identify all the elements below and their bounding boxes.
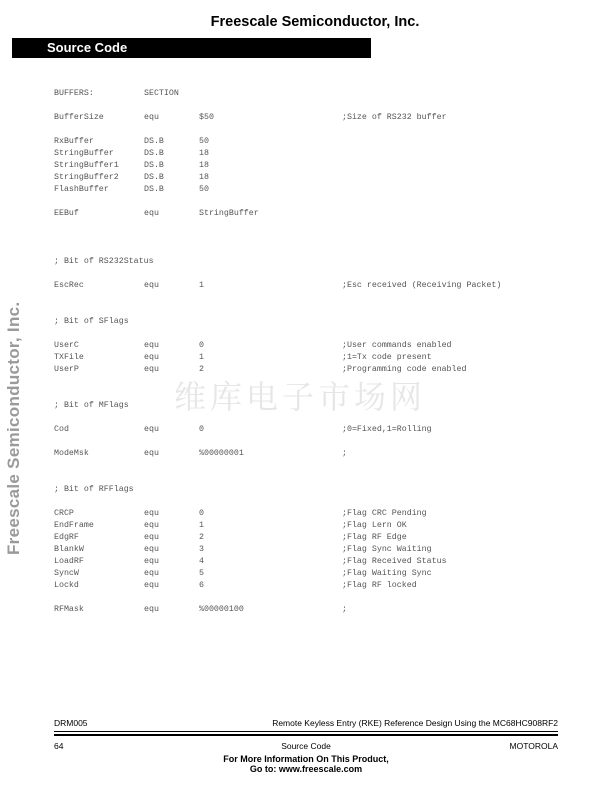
code-token: ; Bit of SFlags	[54, 316, 129, 328]
code-comment: ;0=Fixed,1=Rolling	[342, 424, 432, 436]
code-token: EEBuf	[54, 208, 79, 220]
code-token: ModeMsk	[54, 448, 89, 460]
code-token: EndFrame	[54, 520, 94, 532]
code-token: 0	[199, 424, 204, 436]
company-header: Freescale Semiconductor, Inc.	[0, 14, 612, 30]
code-token: 0	[199, 340, 204, 352]
code-token: equ	[144, 520, 159, 532]
code-token: 50	[199, 184, 209, 196]
code-token: equ	[144, 508, 159, 520]
footer-section: Source Code	[54, 741, 558, 751]
code-token: equ	[144, 280, 159, 292]
code-token: %00000100	[199, 604, 244, 616]
code-token: equ	[144, 448, 159, 460]
code-token: equ	[144, 112, 159, 124]
code-token: 2	[199, 532, 204, 544]
code-comment: ;Flag RF locked	[342, 580, 417, 592]
code-token: 5	[199, 568, 204, 580]
code-comment: ;User commands enabled	[342, 340, 452, 352]
doc-title: Remote Keyless Entry (RKE) Reference Des…	[272, 718, 558, 728]
code-token: equ	[144, 556, 159, 568]
code-token: Lockd	[54, 580, 79, 592]
code-token: equ	[144, 568, 159, 580]
code-token: equ	[144, 580, 159, 592]
code-comment: ;Size of RS232 buffer	[342, 112, 447, 124]
code-token: RFMask	[54, 604, 84, 616]
more-info-link[interactable]: Go to: www.freescale.com	[0, 764, 612, 774]
code-token: DS.B	[144, 172, 164, 184]
code-token: StringBuffer	[54, 148, 114, 160]
doc-id: DRM005	[54, 718, 88, 728]
code-comment: ;Flag Lern OK	[342, 520, 407, 532]
code-comment: ;	[342, 604, 347, 616]
code-comment: ;Flag Received Status	[342, 556, 447, 568]
footer-brand: MOTOROLA	[510, 741, 559, 751]
code-comment: ;1=Tx code present	[342, 352, 432, 364]
code-token: 1	[199, 352, 204, 364]
code-comment: ;Flag RF Edge	[342, 532, 407, 544]
code-token: UserC	[54, 340, 79, 352]
code-token: DS.B	[144, 160, 164, 172]
code-token: DS.B	[144, 184, 164, 196]
code-token: StringBuffer1	[54, 160, 119, 172]
side-company-text: Freescale Semiconductor, Inc.	[4, 302, 24, 555]
code-token: DS.B	[144, 136, 164, 148]
code-token: EdgRF	[54, 532, 79, 544]
code-token: BufferSize	[54, 112, 104, 124]
code-token: SyncW	[54, 568, 79, 580]
code-token: ; Bit of RFFlags	[54, 484, 134, 496]
code-token: 1	[199, 280, 204, 292]
code-token: 2	[199, 364, 204, 376]
code-token: ; Bit of MFlags	[54, 400, 129, 412]
code-token: DS.B	[144, 148, 164, 160]
code-token: StringBuffer	[199, 208, 259, 220]
code-comment: ;Flag Sync Waiting	[342, 544, 432, 556]
code-token: TXFile	[54, 352, 84, 364]
code-token: equ	[144, 208, 159, 220]
code-token: %00000001	[199, 448, 244, 460]
code-token: equ	[144, 424, 159, 436]
code-token: StringBuffer2	[54, 172, 119, 184]
code-token: $50	[199, 112, 214, 124]
code-token: CRCP	[54, 508, 74, 520]
code-token: UserP	[54, 364, 79, 376]
code-token: 4	[199, 556, 204, 568]
code-token: SECTION	[144, 88, 179, 100]
code-token: RxBuffer	[54, 136, 94, 148]
footer-rule-thick	[54, 734, 558, 736]
code-token: LoadRF	[54, 556, 84, 568]
code-comment: ;Flag CRC Pending	[342, 508, 427, 520]
code-token: equ	[144, 340, 159, 352]
code-token: equ	[144, 352, 159, 364]
code-token: 3	[199, 544, 204, 556]
code-token: 18	[199, 148, 209, 160]
section-title: Source Code	[47, 40, 127, 55]
code-token: 0	[199, 508, 204, 520]
code-comment: ;Esc received (Receiving Packet)	[342, 280, 501, 292]
code-comment: ;Programming code enabled	[342, 364, 466, 376]
code-token: Cod	[54, 424, 69, 436]
code-token: EscRec	[54, 280, 84, 292]
watermark: 维库电子市场网	[174, 372, 426, 418]
code-comment: ;Flag Waiting Sync	[342, 568, 432, 580]
code-comment: ;	[342, 448, 347, 460]
code-token: equ	[144, 364, 159, 376]
code-token: ; Bit of RS232Status	[54, 256, 154, 268]
footer-rule-thin	[54, 731, 558, 732]
code-token: equ	[144, 544, 159, 556]
code-token: equ	[144, 532, 159, 544]
code-token: 6	[199, 580, 204, 592]
code-token: 50	[199, 136, 209, 148]
code-token: FlashBuffer	[54, 184, 109, 196]
more-info-line1: For More Information On This Product,	[0, 754, 612, 764]
code-token: 18	[199, 160, 209, 172]
section-title-bar: Source Code	[12, 38, 371, 58]
more-info: For More Information On This Product, Go…	[0, 754, 612, 774]
code-token: BlankW	[54, 544, 84, 556]
code-token: equ	[144, 604, 159, 616]
code-token: BUFFERS:	[54, 88, 94, 100]
code-token: 1	[199, 520, 204, 532]
code-token: 18	[199, 172, 209, 184]
